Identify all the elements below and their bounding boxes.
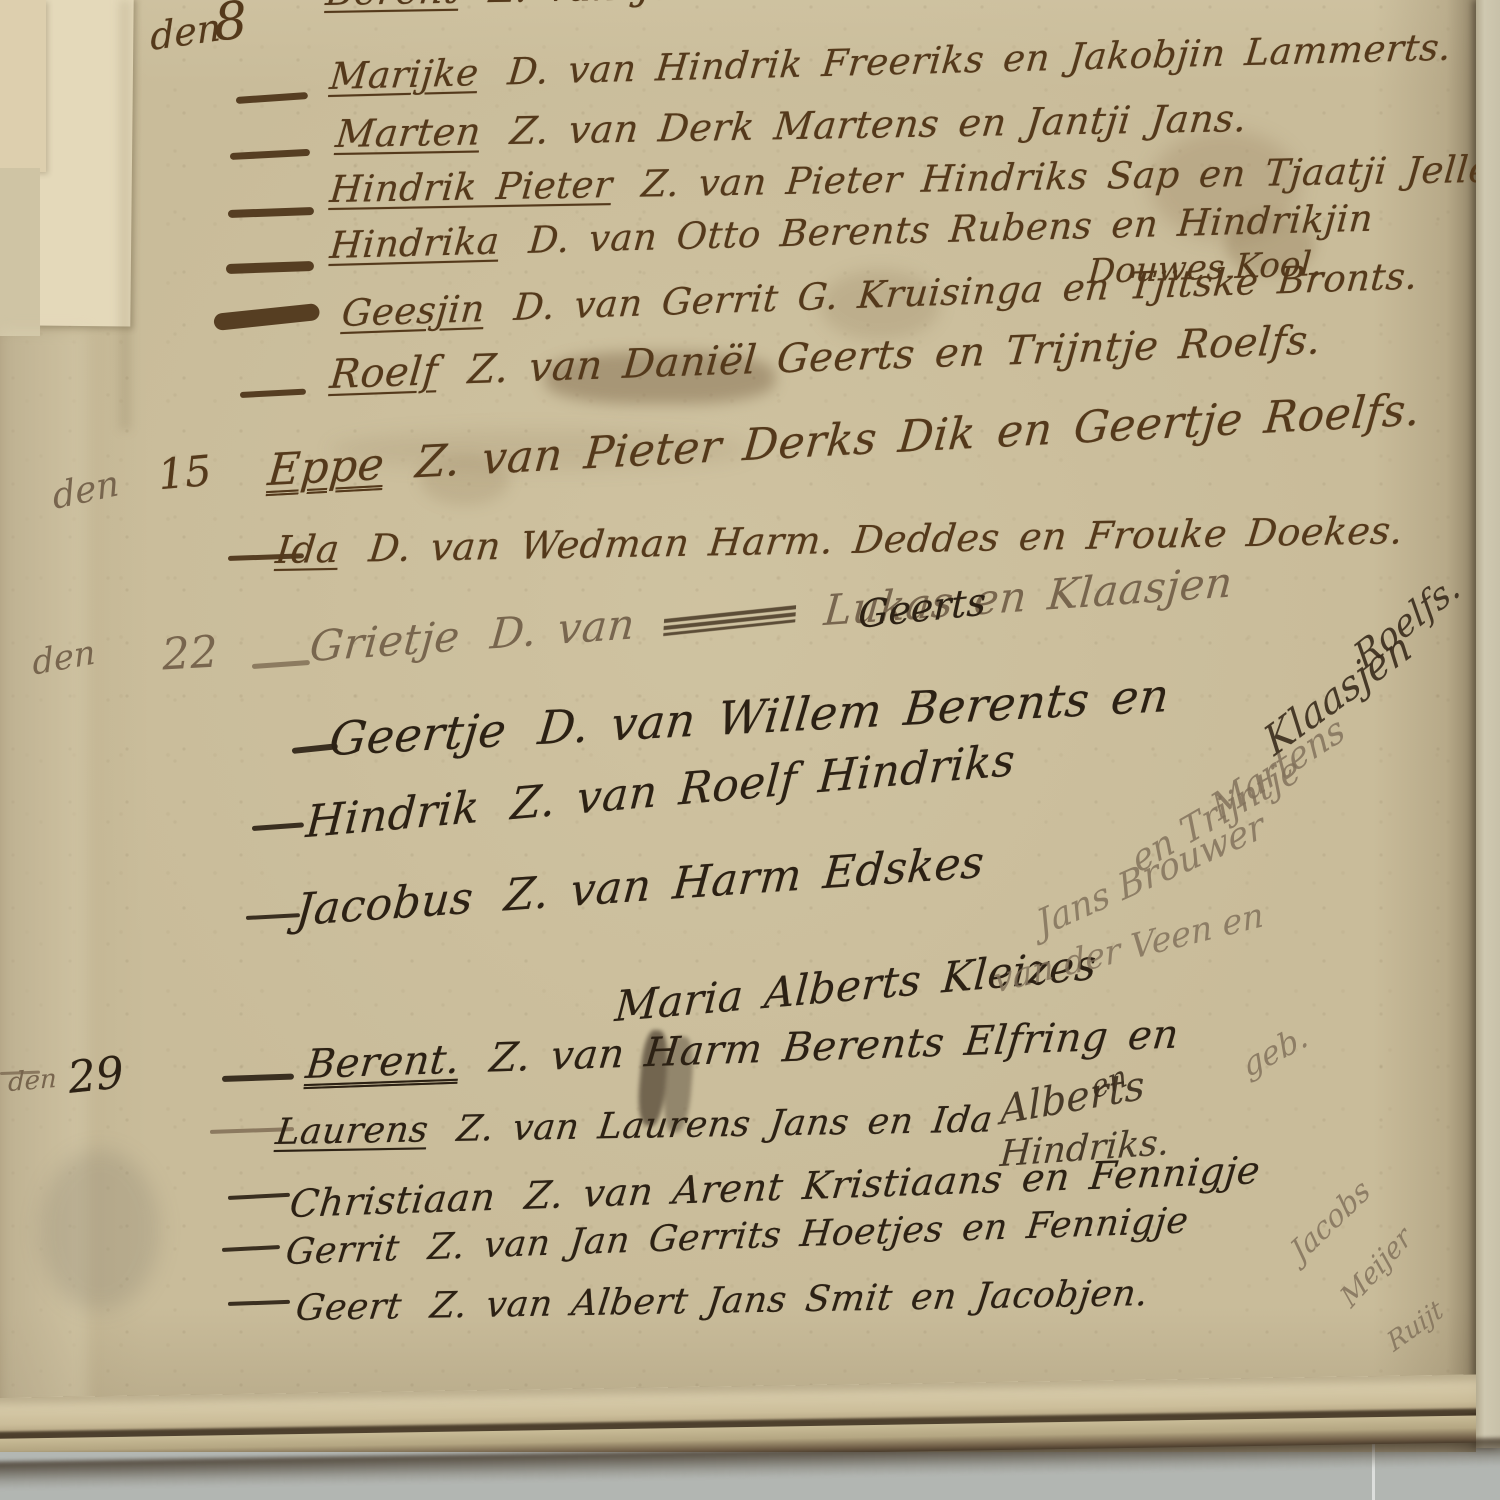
entry-dash-mark — [226, 261, 314, 274]
child-name: Hindrik — [304, 782, 481, 849]
child-name: Eppe — [266, 439, 387, 496]
entry-text: Z. van Harm Edskes — [502, 837, 986, 922]
paper-crease — [120, 0, 130, 430]
entry-text: Z. van Jann — [487, 0, 728, 11]
entry-dash-mark — [252, 822, 304, 831]
register-entry: Laurens Z. van Laurens Jans en Ida — [273, 1099, 995, 1153]
entry-dash-mark — [240, 389, 306, 398]
entry-dash-mark — [228, 207, 314, 218]
child-name: Christiaan — [288, 1175, 498, 1226]
register-entry: Jacobus Z. van Harm Edskes — [294, 837, 987, 937]
margin-note: Ruijt — [1383, 1295, 1448, 1359]
child-name: Roelf — [328, 348, 440, 398]
date-number: 15 — [156, 446, 214, 499]
entry-dash-mark — [222, 1245, 280, 1252]
entry-dash-mark — [222, 1073, 294, 1082]
entry-text: Z. van Laurens Jans en Ida — [455, 1099, 995, 1149]
entry-dash-mark — [236, 92, 308, 104]
date-word: den — [150, 5, 222, 59]
entry-dash-mark — [213, 303, 320, 331]
entry-text: Z. van Harm Berents Elfring en — [488, 1011, 1182, 1081]
entry-text: Z. van Pieter Derks Dik en Geertje Roelf… — [414, 384, 1423, 488]
date-word: den — [8, 1064, 57, 1098]
child-name: Laurens — [273, 1109, 430, 1153]
entry-dash-mark — [252, 660, 310, 669]
child-name: Marijke — [328, 51, 481, 98]
register-entry: Berent Z. van Jann — [324, 0, 728, 14]
next-page-edge — [1476, 0, 1500, 1448]
register-entry: Berent. Z. van Harm Berents Elfring en — [304, 1011, 1182, 1088]
entry-dash-mark — [228, 1193, 290, 1200]
child-name: Berent. — [304, 1037, 463, 1089]
child-name: Marten — [334, 109, 484, 156]
margin-note: Alberts — [999, 1062, 1145, 1134]
margin-note: Meijer — [1334, 1220, 1418, 1315]
strikethrough-scribble — [663, 603, 796, 639]
child-name: Geertje — [327, 703, 509, 767]
entry-text: D. van — [488, 599, 637, 659]
register-entry: Marten Z. van Derk Martens en Jantji Jan… — [334, 96, 1250, 156]
margin-note: geb. — [1237, 1016, 1312, 1085]
entry-text: D. van Hindrik Freeriks en Jakobjin Lamm… — [506, 26, 1454, 94]
entry-dash-mark — [230, 149, 310, 160]
child-name: Ida — [274, 527, 342, 572]
entry-text: Z. van Derk Martens en Jantji Jans. — [508, 96, 1249, 153]
child-name: Geesjin — [340, 287, 487, 335]
entry-text: Z. van Albert Jans Smit en Jacobjen. — [428, 1273, 1151, 1327]
date-number: 8 — [212, 0, 249, 53]
register-entry: Geert Z. van Albert Jans Smit en Jacobje… — [293, 1273, 1150, 1329]
child-name: Jacobus — [294, 872, 476, 936]
child-name: Berent — [324, 0, 462, 14]
register-entry: Eppe Z. van Pieter Derks Dik en Geertje … — [266, 384, 1423, 496]
child-name: Gerrit — [284, 1228, 402, 1273]
entry-dash-mark — [246, 913, 300, 920]
repair-patch — [34, 0, 133, 326]
entry-text: D. van Wedman Harm. Deddes en Frouke Doe… — [367, 508, 1406, 570]
register-page: den 8 den 15 den 22 den 29 Berent Z. van… — [0, 0, 1476, 1452]
child-name: Geert — [293, 1286, 404, 1329]
entry-dash-mark — [228, 1300, 290, 1306]
entry-text: en Klaasjen — [972, 557, 1235, 624]
register-entry: Grietje D. van Lukas en Klaasjen — [308, 557, 1235, 671]
repair-patch — [0, 168, 40, 336]
child-name: Grietje — [308, 611, 462, 671]
register-entry: Ida D. van Wedman Harm. Deddes en Frouke… — [274, 508, 1406, 572]
entry-text: D. van Willem Berents en — [536, 668, 1173, 755]
date-number: 22 — [161, 627, 220, 681]
paper-stain — [40, 1150, 160, 1310]
repair-patch — [0, 0, 46, 172]
register-entry: Marijke D. van Hindrik Freeriks en Jakob… — [328, 26, 1454, 98]
child-name: Hindrika — [328, 220, 501, 268]
date-number: 29 — [65, 1047, 126, 1104]
manuscript-scan: den 8 den 15 den 22 den 29 Berent Z. van… — [0, 0, 1500, 1500]
child-name: Hindrik Pieter — [328, 163, 614, 211]
register-entry: Geertje D. van Willem Berents en — [327, 668, 1172, 766]
